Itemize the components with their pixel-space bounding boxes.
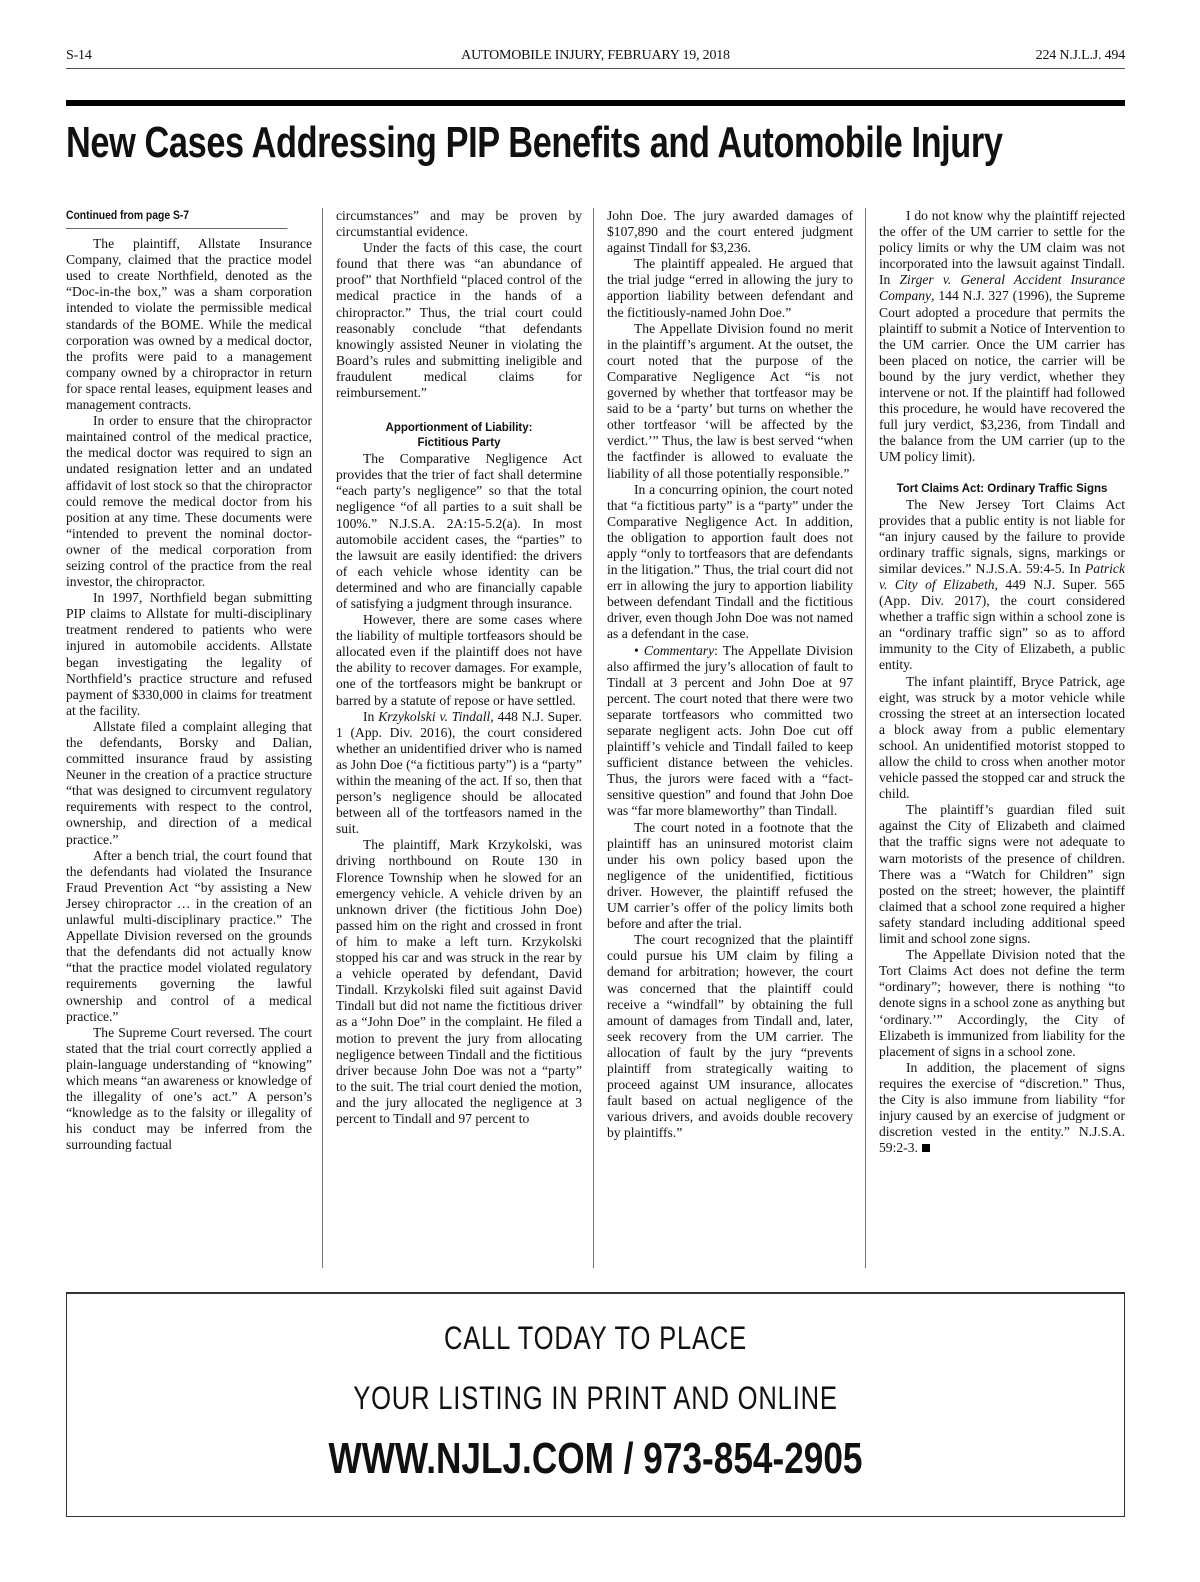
paragraph: In 1997, Northfield began submitting PIP… [66,590,312,719]
article-column-2: circumstances” and may be proven by circ… [336,208,582,1270]
ad-line-1: CALL TODAY TO PLACE [173,1320,1019,1357]
paragraph: The court noted in a footnote that the p… [607,820,853,933]
paragraph: The Appellate Division found no merit in… [607,321,853,482]
paragraph: John Doe. The jury awarded damages of $1… [607,208,853,256]
citation: 224 N.J.L.J. 494 [1036,48,1125,64]
commentary-label: Commentary [644,643,714,658]
paragraph: The Comparative Negligence Act provides … [336,451,582,612]
paragraph: circumstances” and may be proven by circ… [336,208,582,240]
paragraph: In Krzykolski v. Tindall, 448 N.J. Super… [336,709,582,838]
paragraph: Allstate filed a complaint alleging that… [66,719,312,848]
section-subhead: Apportionment of Liability: Fictitious P… [336,421,582,451]
paragraph: I do not know why the plaintiff rejected… [879,208,1125,466]
section-dateline: AUTOMOBILE INJURY, FEBRUARY 19, 2018 [66,48,1125,64]
paragraph: Under the facts of this case, the court … [336,240,582,401]
column-divider [322,208,323,1268]
article-column-4: I do not know why the plaintiff rejected… [879,208,1125,1270]
paragraph: In addition, the placement of signs requ… [879,1060,1125,1157]
article-column-1: Continued from page S-7 The plaintiff, A… [66,208,312,1270]
paragraph: In order to ensure that the chiropractor… [66,413,312,590]
paragraph: The plaintiff, Allstate Insurance Compan… [66,236,312,413]
page-title: New Cases Addressing PIP Benefits and Au… [66,118,892,168]
column-divider [593,208,594,1268]
ad-contact-line: WWW.NJLJ.COM / 973-854-2905 [173,1434,1019,1484]
advertisement-box: CALL TODAY TO PLACE YOUR LISTING IN PRIN… [66,1292,1125,1517]
paragraph: The New Jersey Tort Claims Act provides … [879,497,1125,674]
paragraph: The plaintiff, Mark Krzykolski, was driv… [336,837,582,1127]
end-mark-icon [922,1144,930,1152]
paragraph: The Supreme Court reversed. The court st… [66,1025,312,1154]
paragraph: The Appellate Division noted that the To… [879,947,1125,1060]
paragraph: The court recognized that the plaintiff … [607,932,853,1141]
paragraph: In a concurring opinion, the court noted… [607,482,853,643]
ad-line-2: YOUR LISTING IN PRINT AND ONLINE [173,1380,1019,1417]
article-column-3: John Doe. The jury awarded damages of $1… [607,208,853,1270]
article-body: Continued from page S-7 The plaintiff, A… [66,208,1125,1270]
paragraph: However, there are some cases where the … [336,612,582,709]
commentary-paragraph: • Commentary: The Appellate Division als… [607,643,853,820]
paragraph: The plaintiff appealed. He argued that t… [607,256,853,320]
section-subhead: Tort Claims Act: Ordinary Traffic Signs [879,482,1125,497]
headline-rule [66,100,1125,106]
case-name: Krzykolski v. Tindall [378,709,490,724]
paragraph: After a bench trial, the court found tha… [66,848,312,1025]
paragraph: The infant plaintiff, Bryce Patrick, age… [879,674,1125,803]
paragraph: The plaintiff’s guardian filed suit agai… [879,802,1125,947]
running-head: S-14 AUTOMOBILE INJURY, FEBRUARY 19, 201… [66,48,1125,69]
column-divider [865,208,866,1268]
continued-from-kicker: Continued from page S-7 [66,208,287,229]
